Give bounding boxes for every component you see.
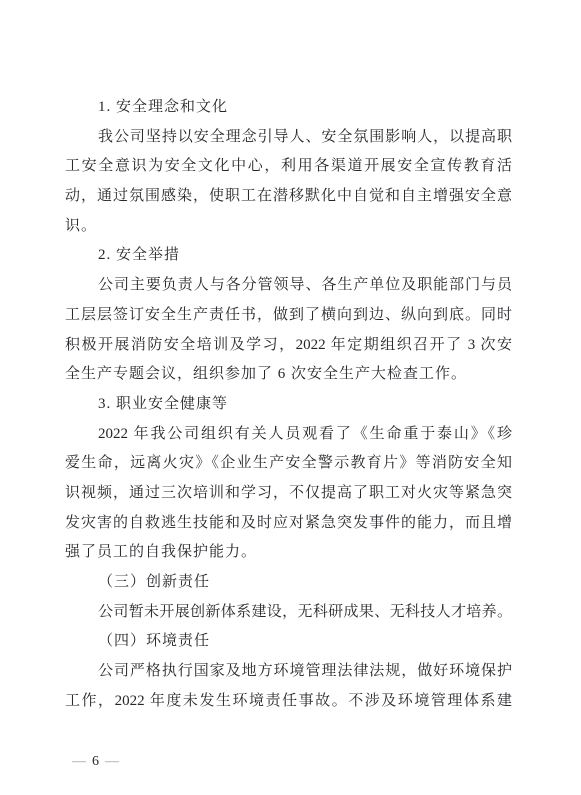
paragraph-line: 识。 [65,212,512,242]
footer-dash-left: — [72,754,86,769]
heading-innovation-responsibility: （三）创新责任 [65,568,512,598]
paragraph-line: 公司主要负责人与各分管领导、各生产单位及职能部门与员 [65,271,512,301]
paragraph-line: 积极开展消防安全培训及学习，2022 年定期组织召开了 3 次安 [65,331,512,361]
paragraph-line: 发灾害的自救逃生技能和及时应对紧急突发事件的能力，而且增 [65,509,512,539]
paragraph-line: 2022 年我公司组织有关人员观看了《生命重于泰山》《珍 [65,420,512,450]
heading-safety-measures: 2. 安全举措 [65,241,512,271]
paragraph-line: 动，通过氛围感染，使职工在潜移默化中自觉和自主增强安全意 [65,182,512,212]
paragraph-line: 全生产专题会议，组织参加了 6 次安全生产大检查工作。 [65,360,512,390]
paragraph-line: 公司暂未开展创新体系建设，无科研成果、无科技人才培养。 [65,598,512,628]
document-page: 1. 安全理念和文化 我公司坚持以安全理念引导人、安全氛围影响人，以提高职 工安… [0,0,581,795]
heading-environmental-responsibility: （四）环境责任 [65,627,512,657]
document-body: 1. 安全理念和文化 我公司坚持以安全理念引导人、安全氛围影响人，以提高职 工安… [65,93,512,716]
paragraph-line: 工作，2022 年度未发生环境责任事故。不涉及环境管理体系建 [65,687,512,717]
page-footer: —6— [72,752,119,772]
footer-page-number: 6 [92,754,99,769]
footer-dash-right: — [105,754,119,769]
heading-safety-concept: 1. 安全理念和文化 [65,93,512,123]
paragraph-line: 爱生命，远离火灾》《企业生产安全警示教育片》等消防安全知 [65,449,512,479]
paragraph-line: 工安全意识为安全文化中心，利用各渠道开展安全宣传教育活 [65,152,512,182]
paragraph-line: 强了员工的自我保护能力。 [65,538,512,568]
paragraph-line: 公司严格执行国家及地方环境管理法律法规，做好环境保护 [65,657,512,687]
heading-occupational-health: 3. 职业安全健康等 [65,390,512,420]
paragraph-line: 我公司坚持以安全理念引导人、安全氛围影响人，以提高职 [65,123,512,153]
paragraph-line: 工层层签订安全生产责任书，做到了横向到边、纵向到底。同时 [65,301,512,331]
paragraph-line: 识视频，通过三次培训和学习，不仅提高了职工对火灾等紧急突 [65,479,512,509]
